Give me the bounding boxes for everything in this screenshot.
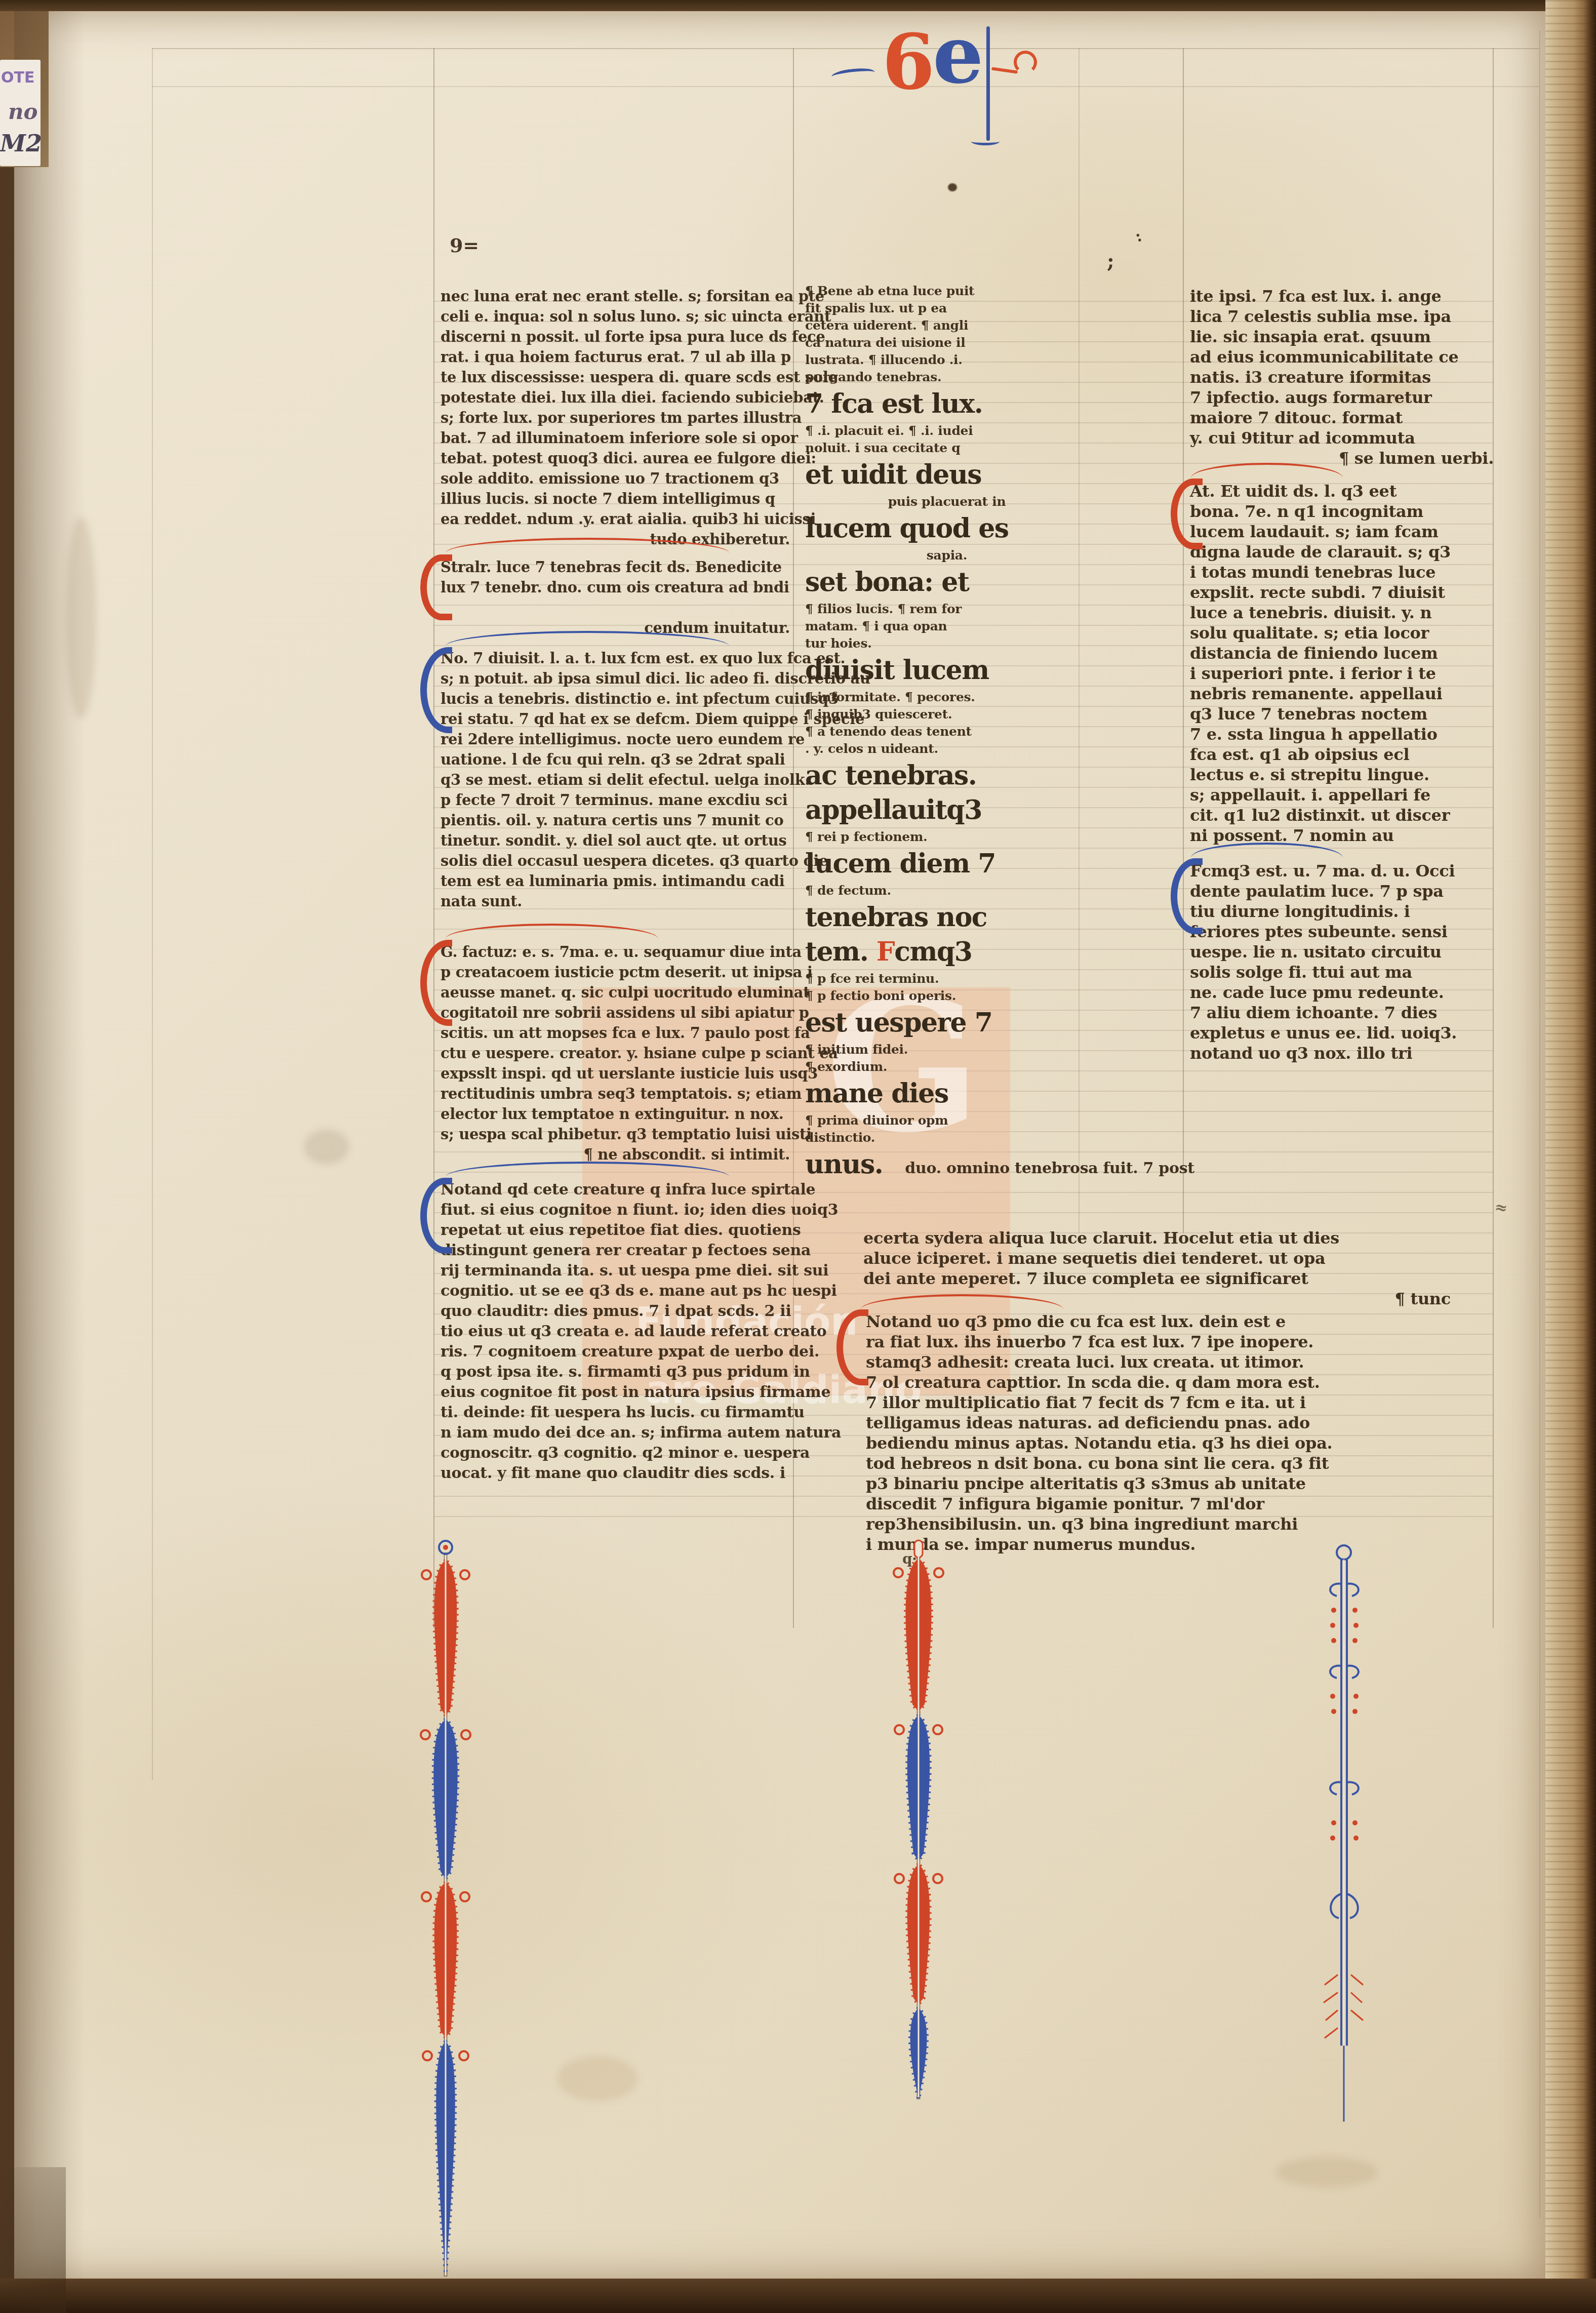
- paragraph: nec luna erat nec erant stelle. s; forsi…: [441, 286, 790, 529]
- text-line: aeusse manet. q. sic culpi uocritudo elu…: [441, 982, 790, 1003]
- text-line: nata sunt.: [441, 891, 790, 911]
- gloss-line: ca natura dei uisione il: [805, 334, 1180, 351]
- text-line: s; uespa scal phibetur. q3 temptatio lui…: [441, 1124, 790, 1144]
- text-line: lie. sic insapia erat. qsuum: [1190, 327, 1494, 347]
- text-line: rep3hensibilusin. un. q3 bina ingrediunt…: [866, 1514, 1473, 1534]
- text-line: discedit 7 infigura bigamie ponitur. 7 m…: [866, 1494, 1473, 1514]
- gloss-line: . y. celos n uideant.: [805, 740, 1180, 757]
- paragraph: Stralr. luce 7 tenebras fecit ds. Benedi…: [441, 557, 790, 597]
- gloss-line: ¶ filios lucis. ¶ rem for: [805, 601, 1180, 618]
- gloss-line: lustrata. ¶ illucendo .i.: [805, 351, 1180, 369]
- text-line: expsslt inspi. qd ut uerslante iusticie …: [441, 1063, 790, 1084]
- text-line: expletus e unus ee. lid. uoiq3.: [1190, 1023, 1494, 1043]
- text-line: cogitatoil nre sobrii assidens ul sibi a…: [441, 1003, 790, 1023]
- text-line: G. factuz: e. s. 7ma. e. u. sequamur diu…: [441, 942, 790, 962]
- text-line: rectitudinis umbra seq3 temptatois. s; e…: [441, 1084, 790, 1104]
- text-line: distancia de finiendo lucem: [1190, 643, 1494, 663]
- gloss-line: tur hoies.: [805, 635, 1180, 652]
- gloss-line: ¶ prima diuinor opm: [805, 1112, 1180, 1129]
- text-line: 7 ipfectio. augs formaretur: [1190, 387, 1494, 408]
- gloss-line: ¶ de fectum.: [805, 882, 1180, 899]
- text-line: ra fiat lux. ihs inuerbo 7 fca est lux. …: [866, 1332, 1473, 1352]
- text-line: tio eius ut q3 creata e. ad laude refera…: [441, 1322, 835, 1342]
- lemma-line: unus.duo. omnino tenebrosa fuit. 7 post: [805, 1148, 1180, 1181]
- text-line: lica 7 celestis sublia mse. ipa: [1190, 306, 1494, 327]
- header-letter-blue: e: [933, 15, 984, 95]
- gloss-line: distinctio.: [805, 1129, 1180, 1146]
- stain: [66, 516, 96, 719]
- text-line: dei ante meperet. 7 iluce completa ee si…: [863, 1268, 1471, 1289]
- text-line: lectus e. si strepitu lingue.: [1190, 765, 1494, 785]
- text-line: rei 2dere intelligimus. nocte uero eunde…: [441, 729, 790, 749]
- text-line: pientis. oil. y. natura certis uns 7 mun…: [441, 810, 790, 830]
- text-line: tebat. potest quoq3 dici. aurea ee fulgo…: [441, 448, 790, 468]
- stain: [1276, 2157, 1377, 2187]
- gloss-line: sapia.: [805, 547, 1089, 564]
- text-line: uocat. y fit mane quo clauditr dies scds…: [441, 1463, 835, 1484]
- text-line: Notand qd cete creature q infra luce spi…: [441, 1180, 835, 1200]
- text-line: rei statu. 7 qd hat ex se defcm. Diem qu…: [441, 709, 790, 729]
- gloss-line: ¶ p fectio boni operis.: [805, 987, 1180, 1005]
- text-line: tinetur. sondit. y. diel sol auct qte. u…: [441, 830, 790, 851]
- gloss-line: noluit. i sua cecitate q: [805, 440, 1180, 457]
- text-line: 7 ol creatura capttior. In scda die. q d…: [866, 1372, 1473, 1392]
- text-line: i superiori pnte. i ferior i te: [1190, 663, 1494, 684]
- text-line: maiore 7 ditouc. format: [1190, 408, 1494, 428]
- text-line: aluce iciperet. i mane sequetis diei ten…: [863, 1248, 1471, 1268]
- text-line: telligamus ideas naturas. ad deficiendu …: [866, 1413, 1473, 1433]
- text-line: p3 binariu pncipe alteritatis q3 s3mus a…: [866, 1473, 1473, 1494]
- lemma-line: set bona: et: [805, 566, 1180, 599]
- text-line: s; forte lux. por superiores tm partes i…: [441, 408, 790, 428]
- text-line: te lux discessisse: uespera di. quare sc…: [441, 367, 790, 387]
- text-line: lux 7 tenebr. dno. cum ois creatura ad b…: [441, 577, 790, 597]
- text-line: solis solge fi. ttui aut ma: [1190, 962, 1494, 982]
- gloss-line: ¶ initium fidei.: [805, 1041, 1180, 1058]
- column-middle-lemma: ¶ Bene ab etna luce puitfit spalis lux. …: [805, 283, 1180, 1183]
- text-line: y. cui 9titur ad icommuta: [1190, 428, 1494, 448]
- text-line: s; appellauit. i. appellari fe: [1190, 785, 1494, 805]
- stamp-handwriting-2: M2: [0, 130, 41, 157]
- text-line: repetat ut eius repetitoe fiat dies. quo…: [441, 1220, 835, 1241]
- paragraph: At. Et uidit ds. l. q3 eetbona. 7e. n q1…: [1190, 481, 1494, 846]
- text-line: ris. 7 cognitoem creature pxpat de uerbo…: [441, 1342, 835, 1362]
- paragraph: ite ipsi. 7 fca est lux. i. angelica 7 c…: [1190, 286, 1494, 448]
- header-letter-red: 6: [882, 24, 935, 100]
- text-line: stamq3 adhesit: creata luci. lux creata.…: [866, 1352, 1473, 1372]
- text-line: p creatacoem iusticie pctm deserit. ut i…: [441, 962, 790, 982]
- text-line: lucem laudauit. s; iam fcam: [1190, 522, 1494, 542]
- text-line: Stralr. luce 7 tenebras fecit ds. Benedi…: [441, 557, 790, 577]
- text-line: quo clauditr: dies pmus. 7 i dpat scds. …: [441, 1301, 835, 1322]
- text-line: Notand uo q3 pmo die cu fca est lux. dei…: [866, 1311, 1473, 1332]
- text-line: tiu diurne longitudinis. i: [1190, 901, 1494, 922]
- text-line: eius cognitoe fit post in natura ipsius …: [441, 1382, 835, 1403]
- text-line: tod hebreos n dsit bona. cu bona sint li…: [866, 1453, 1473, 1473]
- text-line: uespe. lie n. usitato circuitu: [1190, 942, 1494, 962]
- text-line: rij terminanda ita. s. ut uespa pme diei…: [441, 1261, 835, 1281]
- text-line: 7 aliu diem ichoante. 7 dies: [1190, 1003, 1494, 1023]
- ruling-line: [152, 86, 1539, 87]
- text-line: ne. cade luce pmu redeunte.: [1190, 982, 1494, 1003]
- text-line: q3 se mest. etiam si delit efectul. uelg…: [441, 770, 790, 790]
- text-line: lucis a tenebris. distinctio e. int pfec…: [441, 689, 790, 709]
- gloss-line: matam. ¶ i qua opan: [805, 618, 1180, 635]
- library-stamp-fragment: OTE no M2: [0, 60, 41, 166]
- lemma-line: tenebras noc: [805, 901, 1180, 934]
- text-line: ti. deinde: fit uespera hs lucis. cu fir…: [441, 1403, 835, 1423]
- lemma-line: 7 fca est lux.: [805, 388, 1180, 420]
- text-line: ni possent. 7 nomin au: [1190, 825, 1494, 846]
- text-line: bediendu minus aptas. Notandu etia. q3 h…: [866, 1433, 1473, 1453]
- text-line: cognoscitr. q3 cognitio. q2 minor e. ues…: [441, 1443, 835, 1463]
- text-line: ea reddet. ndum .y. erat aialia. quib3 h…: [441, 509, 790, 529]
- paragraph: Fcmq3 est. u. 7 ma. d. u. Occidente paul…: [1190, 861, 1494, 1063]
- semicolon-mark: ;: [1107, 249, 1114, 273]
- lemma-line: appellauitq3: [805, 794, 1180, 826]
- text-line: cit. q1 lu2 distinxit. ut discer: [1190, 805, 1494, 825]
- text-line: ctu e uespere. creator. y. hsiane culpe …: [441, 1043, 790, 1063]
- gloss-line: purgando tenebras.: [805, 369, 1180, 386]
- penwork-flourish-middle: [889, 1537, 950, 2104]
- penwork-flourish-left: [416, 1537, 475, 2297]
- text-line: nec luna erat nec erant stelle. s; forsi…: [441, 286, 790, 306]
- paragraph: No. 7 diuisit. l. a. t. lux fcm est. ex …: [441, 648, 790, 911]
- text-line: At. Et uidit ds. l. q3 eet: [1190, 481, 1494, 501]
- text-line: fca est. q1 ab oipsius ecl: [1190, 744, 1494, 765]
- lemma-line: diuisit lucem: [805, 654, 1180, 687]
- text-line: p fecte 7 droit 7 terminus. mane excdiu …: [441, 790, 790, 810]
- text-line: ecerta sydera aliqua luce claruit. Hocel…: [863, 1228, 1471, 1248]
- penwork-flourish-right: [1314, 1539, 1375, 2127]
- text-line: i munda se. impar numerus mundus.: [866, 1534, 1473, 1554]
- text-line: distingunt genera rer creatar p fectoes …: [441, 1241, 835, 1261]
- shadow-corner: [0, 2167, 66, 2313]
- book-edge-bottom: [0, 2279, 1596, 2313]
- text-line: natis. i3 creature iformitas: [1190, 367, 1494, 387]
- book-edge-top: [0, 0, 1596, 11]
- text-line: dente paulatim luce. 7 p spa: [1190, 881, 1494, 901]
- text-line: bona. 7e. n q1 incognitam: [1190, 501, 1494, 522]
- text-line: s; n potuit. ab ipsa simul dici. lic ade…: [441, 668, 790, 689]
- lemma-line: ac tenebras.: [805, 760, 1180, 792]
- text-line: cognitio. ut se ee q3 ds e. mane aut ps …: [441, 1281, 835, 1301]
- margin-scribble: ≈: [1494, 1198, 1508, 1217]
- text-line: luce a tenebris. diuisit. y. n: [1190, 603, 1494, 623]
- text-line: notand uo q3 nox. illo tri: [1190, 1043, 1494, 1063]
- stain: [304, 1129, 349, 1165]
- text-line: Fcmq3 est. u. 7 ma. d. u. Occi: [1190, 861, 1494, 881]
- text-line: scitis. un att mopses fca e lux. 7 paulo…: [441, 1023, 790, 1043]
- lemma-line: et uidit deus: [805, 459, 1180, 491]
- gloss-line: cetera uiderent. ¶ angli: [805, 317, 1180, 334]
- header-blue-stem: [986, 26, 990, 141]
- text-line: bat. 7 ad illuminatoem inferiore sole si…: [441, 428, 790, 448]
- lemma-line: mane dies: [805, 1078, 1180, 1110]
- stamp-handwriting: no: [8, 99, 38, 124]
- ruling-line: [152, 48, 1539, 49]
- text-line: q3 luce 7 tenebras noctem: [1190, 704, 1494, 724]
- text-line: No. 7 diuisit. l. a. t. lux fcm est. ex …: [441, 648, 790, 668]
- gloss-line: puis placuerat in: [805, 493, 1089, 510]
- gloss-line: ¶ inquib3 quiesceret.: [805, 706, 1180, 723]
- page-stack-streaks: [1545, 0, 1596, 2313]
- text-line: nebris remanente. appellaui: [1190, 684, 1494, 704]
- paragraph-bottom-left: Notand qd cete creature q infra luce spi…: [441, 1180, 835, 1484]
- wide-lines: ecerta sydera aliqua luce claruit. Hocel…: [863, 1228, 1471, 1289]
- gloss-line: ¶ .i. placuit ei. ¶ .i. iudei: [805, 422, 1180, 440]
- ruling-line: [152, 48, 153, 1780]
- lemma-line: lucem quod es: [805, 512, 1180, 545]
- gloss-line: ¶ informitate. ¶ pecores.: [805, 689, 1180, 706]
- gloss-line: ¶ Bene ab etna luce puit: [805, 283, 1180, 300]
- text-line: q post ipsa ite. s. firmamti q3 pus prid…: [441, 1362, 835, 1382]
- gloss-line: ¶ exordium.: [805, 1058, 1180, 1075]
- lemma-line: tem. Fcmq3: [805, 936, 1180, 968]
- text-line: illius lucis. si nocte 7 diem intelligim…: [441, 489, 790, 509]
- text-line: i totas mundi tenebras luce: [1190, 562, 1494, 582]
- stain: [557, 2056, 638, 2101]
- text-line: ite ipsi. 7 fca est lux. i. ange: [1190, 286, 1494, 306]
- lemma-line: lucem diem 7: [805, 848, 1180, 880]
- stamp-text: OTE: [1, 69, 34, 87]
- header-blue-foot: [971, 138, 1000, 145]
- text-line: sole addito. emissione uo 7 tractionem q…: [441, 468, 790, 489]
- gloss-line: ¶ p fce rei terminu.: [805, 970, 1180, 987]
- text-line: uatione. l de fcu qui reln. q3 se 2drat …: [441, 749, 790, 770]
- text-line: solis diel occasul uespera dicetes. q3 q…: [441, 851, 790, 871]
- paragraph: G. factuz: e. s. 7ma. e. u. sequamur diu…: [441, 942, 790, 1144]
- text-line: 7 illor multiplicatio fiat 7 fecit ds 7 …: [866, 1392, 1473, 1413]
- gloss-line: ¶ a tenendo deas tenent: [805, 723, 1180, 740]
- text-line: tem est ea luminaria pmis. intimandu cad…: [441, 871, 790, 891]
- text-line: 7 e. ssta lingua h appellatio: [1190, 724, 1494, 744]
- ink-spot-stain: [948, 183, 957, 191]
- text-line: ad eius icommunicabilitate ce: [1190, 347, 1494, 367]
- text-line: expslit. recte subdi. 7 diuisit: [1190, 582, 1494, 603]
- lemma-line: est uespere 7: [805, 1007, 1180, 1039]
- text-line: discerni n possit. ul forte ipsa pura lu…: [441, 327, 790, 347]
- text-line: fiut. si eius cognitoe n fiunt. io; iden…: [441, 1200, 835, 1220]
- text-line: elector lux temptatoe n extinguitur. n n…: [441, 1104, 790, 1124]
- text-line: feriores ptes subeunte. sensi: [1190, 922, 1494, 942]
- ruling-line: [1539, 30, 1540, 2218]
- manuscript-photo: OTE no M2 6 e G Fundación aro Galdiano 9…: [0, 0, 1596, 2313]
- gloss-line: fit spalis lux. ut p ea: [805, 300, 1180, 317]
- text-line: solu qualitate. s; etia locor: [1190, 623, 1494, 643]
- text-line: digna laude de clarauit. s; q3: [1190, 542, 1494, 562]
- paragraph-bottom-right: Notand uo q3 pmo die cu fca est lux. dei…: [866, 1311, 1473, 1554]
- contraction-sign-mark: 9=: [450, 234, 479, 257]
- gloss-line: ¶ rei p fectionem.: [805, 828, 1180, 846]
- text-line: rat. i qua hoiem facturus erat. 7 ul ab …: [441, 347, 790, 367]
- text-line: celi e. inqua: sol n solus luno. s; sic …: [441, 306, 790, 327]
- gutter-shadow: [14, 10, 85, 2281]
- text-line: potestate diei. lux illa diei. faciendo …: [441, 387, 790, 408]
- text-line: n iam mudo dei dce an. s; infirma autem …: [441, 1423, 835, 1443]
